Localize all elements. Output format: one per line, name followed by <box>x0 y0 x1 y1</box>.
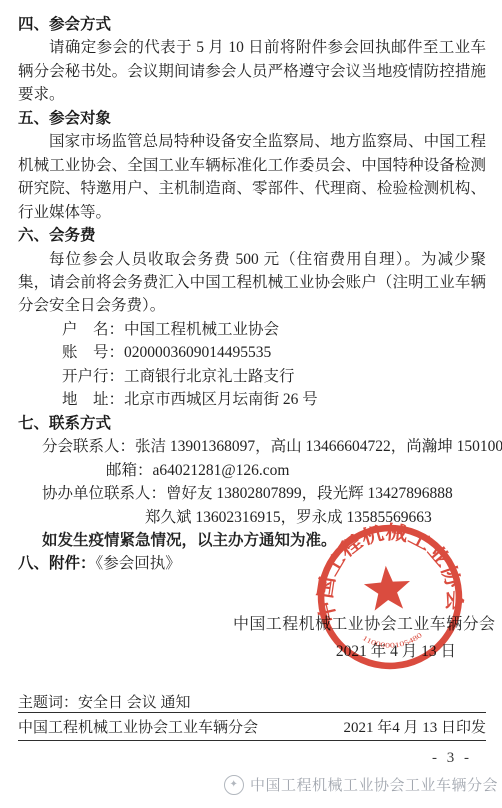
page-number: - 3 - <box>432 750 472 767</box>
bank-label: 开户行： <box>62 368 124 385</box>
section-5-heading: 五、参会对象 <box>18 107 486 130</box>
address-label: 地 址： <box>62 391 124 408</box>
bank-value: 工商银行北京礼士路支行 <box>124 368 295 385</box>
section-7-heading: 七、联系方式 <box>18 412 486 435</box>
section-6-paragraph: 每位参会人员收取会务费 500 元（住宿费用自理）。为减少聚集，请会前将会务费汇… <box>18 248 486 318</box>
section-8-line: 八、附件：《参会回执》 <box>18 552 486 575</box>
bank-row: 开户行：工商银行北京礼士路支行 <box>18 365 486 388</box>
signature-organization: 中国工程机械工业协会工业车辆分会 <box>233 611 495 634</box>
watermark-row: ✦ 中国工程机械工业协会工业车辆分会 <box>224 774 498 795</box>
section-8-heading: 八、附件： <box>18 555 96 572</box>
email-line: 邮箱：a64021281@126.com <box>18 459 486 482</box>
print-date: 2021 年4 月 13 日印发 <box>343 716 486 737</box>
epidemic-notice-line: 如发生疫情紧急情况，以主办方通知为准。 <box>18 529 486 552</box>
branch-contacts-line: 分会联系人：张洁 13901368097，高山 13466604722，尚瀚坤 … <box>18 435 486 458</box>
section-6-heading: 六、会务费 <box>18 224 486 247</box>
notice-body: 四、参会方式 请确定参会的代表于 5 月 10 日前将附件参会回执邮件至工业车辆… <box>18 13 486 576</box>
account-number-value: 0200003609014495535 <box>124 344 271 361</box>
section-4-heading: 四、参会方式 <box>18 13 486 36</box>
publisher-row: 中国工程机械工业协会工业车辆分会 2021 年4 月 13 日印发 <box>18 716 486 737</box>
account-number-row: 账 号：0200003609014495535 <box>18 341 486 364</box>
document-page: { "doc": { "s4": { "heading": "四、参会方式", … <box>0 0 502 808</box>
account-name-label: 户 名： <box>62 321 124 338</box>
address-row: 地 址：北京市西城区月坛南街 26 号 <box>18 388 486 411</box>
account-name-value: 中国工程机械工业协会 <box>124 321 279 338</box>
association-logo-icon: ✦ <box>224 775 244 795</box>
co-organizer-contacts-line-2: 郑久斌 13602316915，罗永成 13585569663 <box>18 506 486 529</box>
publisher-name: 中国工程机械工业协会工业车辆分会 <box>18 716 258 737</box>
account-name-row: 户 名：中国工程机械工业协会 <box>18 318 486 341</box>
keywords-line: 主题词：安全日 会议 通知 <box>18 691 191 712</box>
section-5-paragraph: 国家市场监管总局特种设备安全监察局、地方监察局、中国工程机械工业协会、全国工业车… <box>18 130 486 224</box>
watermark-text: 中国工程机械工业协会工业车辆分会 <box>250 774 498 795</box>
footer-divider-bottom <box>18 740 486 741</box>
account-number-label: 账 号： <box>62 344 124 361</box>
address-value: 北京市西城区月坛南街 26 号 <box>124 391 318 408</box>
footer-divider-top <box>18 712 486 713</box>
section-4-paragraph: 请确定参会的代表于 5 月 10 日前将附件参会回执邮件至工业车辆分会秘书处。会… <box>18 36 486 106</box>
signature-date: 2021 年 4 月 13 日 <box>318 639 474 661</box>
attachment-title: 《参会回执》 <box>96 555 181 572</box>
co-organizer-contacts-line: 协办单位联系人：曾好友 13802807899，段光辉 13427896888 <box>18 482 486 505</box>
